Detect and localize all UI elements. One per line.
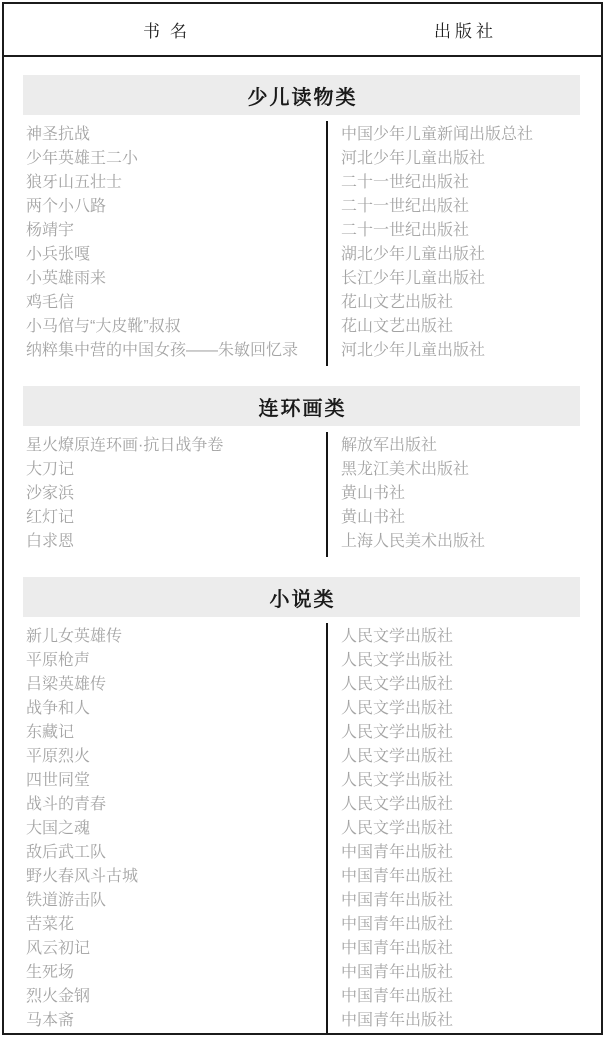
book-name-cell: 两个小八路 — [23, 195, 326, 219]
book-name-cell: 东藏记 — [23, 721, 326, 745]
publisher-cell: 人民文学出版社 — [326, 721, 580, 745]
publisher-cell: 中国青年出版社 — [326, 937, 580, 961]
table-row: 野火春风斗古城中国青年出版社 — [23, 865, 580, 889]
section-rows: 新儿女英雄传人民文学出版社平原枪声人民文学出版社吕梁英雄传人民文学出版社战争和人… — [23, 623, 580, 1035]
table-row: 杨靖宇二十一世纪出版社 — [23, 219, 580, 243]
publisher-cell: 黄山书社 — [326, 506, 580, 530]
table-row: 新儿女英雄传人民文学出版社 — [23, 625, 580, 649]
publisher-cell: 河北少年儿童出版社 — [326, 339, 580, 363]
book-name-cell: 铁道游击队 — [23, 889, 326, 913]
table-row: 苦菜花中国青年出版社 — [23, 913, 580, 937]
book-name-cell: 沙家浜 — [23, 482, 326, 506]
publisher-cell: 长江少年儿童出版社 — [326, 267, 580, 291]
publisher-cell: 解放军出版社 — [326, 434, 580, 458]
table-row: 鸡毛信花山文艺出版社 — [23, 291, 580, 315]
book-name-cell: 战争和人 — [23, 697, 326, 721]
publisher-cell: 人民文学出版社 — [326, 649, 580, 673]
book-name-cell: 敌后武工队 — [23, 841, 326, 865]
book-name-cell: 生死场 — [23, 961, 326, 985]
book-name-cell: 平原枪声 — [23, 649, 326, 673]
section: 少儿读物类神圣抗战中国少年儿童新闻出版总社少年英雄王二小河北少年儿童出版社狼牙山… — [23, 75, 580, 366]
book-name-cell: 野火春风斗古城 — [23, 865, 326, 889]
table-row: 大刀记黑龙江美术出版社 — [23, 458, 580, 482]
book-name-cell: 狼牙山五壮士 — [23, 171, 326, 195]
sections: 少儿读物类神圣抗战中国少年儿童新闻出版总社少年英雄王二小河北少年儿童出版社狼牙山… — [4, 57, 601, 1035]
book-name-cell: 大国之魂 — [23, 817, 326, 841]
table-row: 星火燎原连环画·抗日战争卷解放军出版社 — [23, 434, 580, 458]
table-row: 小英雄雨来长江少年儿童出版社 — [23, 267, 580, 291]
publisher-cell: 中国青年出版社 — [326, 985, 580, 1009]
table-row: 烈火金钢中国青年出版社 — [23, 985, 580, 1009]
book-name-cell: 少年英雄王二小 — [23, 147, 326, 171]
publisher-cell: 人民文学出版社 — [326, 745, 580, 769]
table-row: 敌后武工队中国青年出版社 — [23, 841, 580, 865]
publisher-cell: 二十一世纪出版社 — [326, 195, 580, 219]
publisher-cell: 湖北少年儿童出版社 — [326, 243, 580, 267]
book-name-cell: 烈火金钢 — [23, 985, 326, 1009]
publisher-cell: 中国青年出版社 — [326, 1009, 580, 1033]
table-row: 狼牙山五壮士二十一世纪出版社 — [23, 171, 580, 195]
publisher-cell: 中国青年出版社 — [326, 889, 580, 913]
book-name-cell: 杨靖宇 — [23, 219, 326, 243]
table-row: 少年英雄王二小河北少年儿童出版社 — [23, 147, 580, 171]
publisher-cell: 人民文学出版社 — [326, 697, 580, 721]
table-row: 平原枪声人民文学出版社 — [23, 649, 580, 673]
publisher-cell: 人民文学出版社 — [326, 769, 580, 793]
publisher-cell: 人民文学出版社 — [326, 817, 580, 841]
header-col-publisher: 出版社 — [326, 17, 601, 42]
table-row: 小兵张嘎湖北少年儿童出版社 — [23, 243, 580, 267]
publisher-cell: 人民文学出版社 — [326, 625, 580, 649]
publisher-cell: 中国青年出版社 — [326, 913, 580, 937]
publisher-cell: 中国青年出版社 — [326, 841, 580, 865]
table-row: 神圣抗战中国少年儿童新闻出版总社 — [23, 123, 580, 147]
table-row: 铁道游击队中国青年出版社 — [23, 889, 580, 913]
section-rows: 神圣抗战中国少年儿童新闻出版总社少年英雄王二小河北少年儿童出版社狼牙山五壮士二十… — [23, 121, 580, 366]
publisher-cell: 上海人民美术出版社 — [326, 530, 580, 554]
book-name-cell: 风云初记 — [23, 937, 326, 961]
book-name-cell: 神圣抗战 — [23, 123, 326, 147]
table-row: 纳粹集中营的中国女孩——朱敏回忆录河北少年儿童出版社 — [23, 339, 580, 363]
table-row: 吕梁英雄传人民文学出版社 — [23, 673, 580, 697]
book-name-cell: 吕梁英雄传 — [23, 673, 326, 697]
book-name-cell: 小英雄雨来 — [23, 267, 326, 291]
book-name-cell: 马本斋 — [23, 1009, 326, 1033]
book-name-cell: 平原烈火 — [23, 745, 326, 769]
publisher-cell: 二十一世纪出版社 — [326, 219, 580, 243]
book-name-cell: 星火燎原连环画·抗日战争卷 — [23, 434, 326, 458]
table-header: 书名 出版社 — [4, 4, 601, 57]
table-row: 两个小八路二十一世纪出版社 — [23, 195, 580, 219]
publisher-cell: 黄山书社 — [326, 482, 580, 506]
publisher-cell: 黑龙江美术出版社 — [326, 458, 580, 482]
table-row: 四世同堂人民文学出版社 — [23, 769, 580, 793]
book-name-cell: 红灯记 — [23, 506, 326, 530]
header-col-book-name: 书名 — [4, 17, 326, 42]
table-row: 战斗的青春人民文学出版社 — [23, 793, 580, 817]
table-row: 马本斋中国青年出版社 — [23, 1009, 580, 1033]
section-title: 连环画类 — [23, 386, 580, 426]
column-divider — [326, 432, 328, 557]
book-name-cell: 战斗的青春 — [23, 793, 326, 817]
section-title: 少儿读物类 — [23, 75, 580, 115]
table-row: 东藏记人民文学出版社 — [23, 721, 580, 745]
publisher-cell: 人民文学出版社 — [326, 673, 580, 697]
section: 连环画类星火燎原连环画·抗日战争卷解放军出版社大刀记黑龙江美术出版社沙家浜黄山书… — [23, 386, 580, 557]
publisher-cell: 中国少年儿童新闻出版总社 — [326, 123, 580, 147]
table-row: 风云初记中国青年出版社 — [23, 937, 580, 961]
book-name-cell: 新儿女英雄传 — [23, 625, 326, 649]
book-name-cell: 大刀记 — [23, 458, 326, 482]
section-title: 小说类 — [23, 577, 580, 617]
publisher-cell: 花山文艺出版社 — [326, 315, 580, 339]
column-divider — [326, 121, 328, 366]
column-divider — [326, 623, 328, 1035]
table-row: 沙家浜黄山书社 — [23, 482, 580, 506]
table-row: 小马倌与“大皮靴”叔叔花山文艺出版社 — [23, 315, 580, 339]
book-name-cell: 苦菜花 — [23, 913, 326, 937]
publisher-cell: 中国青年出版社 — [326, 865, 580, 889]
book-name-cell: 小马倌与“大皮靴”叔叔 — [23, 315, 326, 339]
book-name-cell: 小兵张嘎 — [23, 243, 326, 267]
publisher-cell: 人民文学出版社 — [326, 793, 580, 817]
book-name-cell: 白求恩 — [23, 530, 326, 554]
publisher-cell: 花山文艺出版社 — [326, 291, 580, 315]
table-row: 平原烈火人民文学出版社 — [23, 745, 580, 769]
book-list-page: 书名 出版社 少儿读物类神圣抗战中国少年儿童新闻出版总社少年英雄王二小河北少年儿… — [2, 2, 603, 1035]
section: 小说类新儿女英雄传人民文学出版社平原枪声人民文学出版社吕梁英雄传人民文学出版社战… — [23, 577, 580, 1035]
publisher-cell: 河北少年儿童出版社 — [326, 147, 580, 171]
publisher-cell: 中国青年出版社 — [326, 961, 580, 985]
table-row: 红灯记黄山书社 — [23, 506, 580, 530]
publisher-cell: 二十一世纪出版社 — [326, 171, 580, 195]
table-row: 白求恩上海人民美术出版社 — [23, 530, 580, 554]
book-name-cell: 鸡毛信 — [23, 291, 326, 315]
section-rows: 星火燎原连环画·抗日战争卷解放军出版社大刀记黑龙江美术出版社沙家浜黄山书社红灯记… — [23, 432, 580, 557]
table-row: 生死场中国青年出版社 — [23, 961, 580, 985]
table-row: 大国之魂人民文学出版社 — [23, 817, 580, 841]
table-row: 战争和人人民文学出版社 — [23, 697, 580, 721]
book-name-cell: 纳粹集中营的中国女孩——朱敏回忆录 — [23, 339, 326, 363]
book-name-cell: 四世同堂 — [23, 769, 326, 793]
